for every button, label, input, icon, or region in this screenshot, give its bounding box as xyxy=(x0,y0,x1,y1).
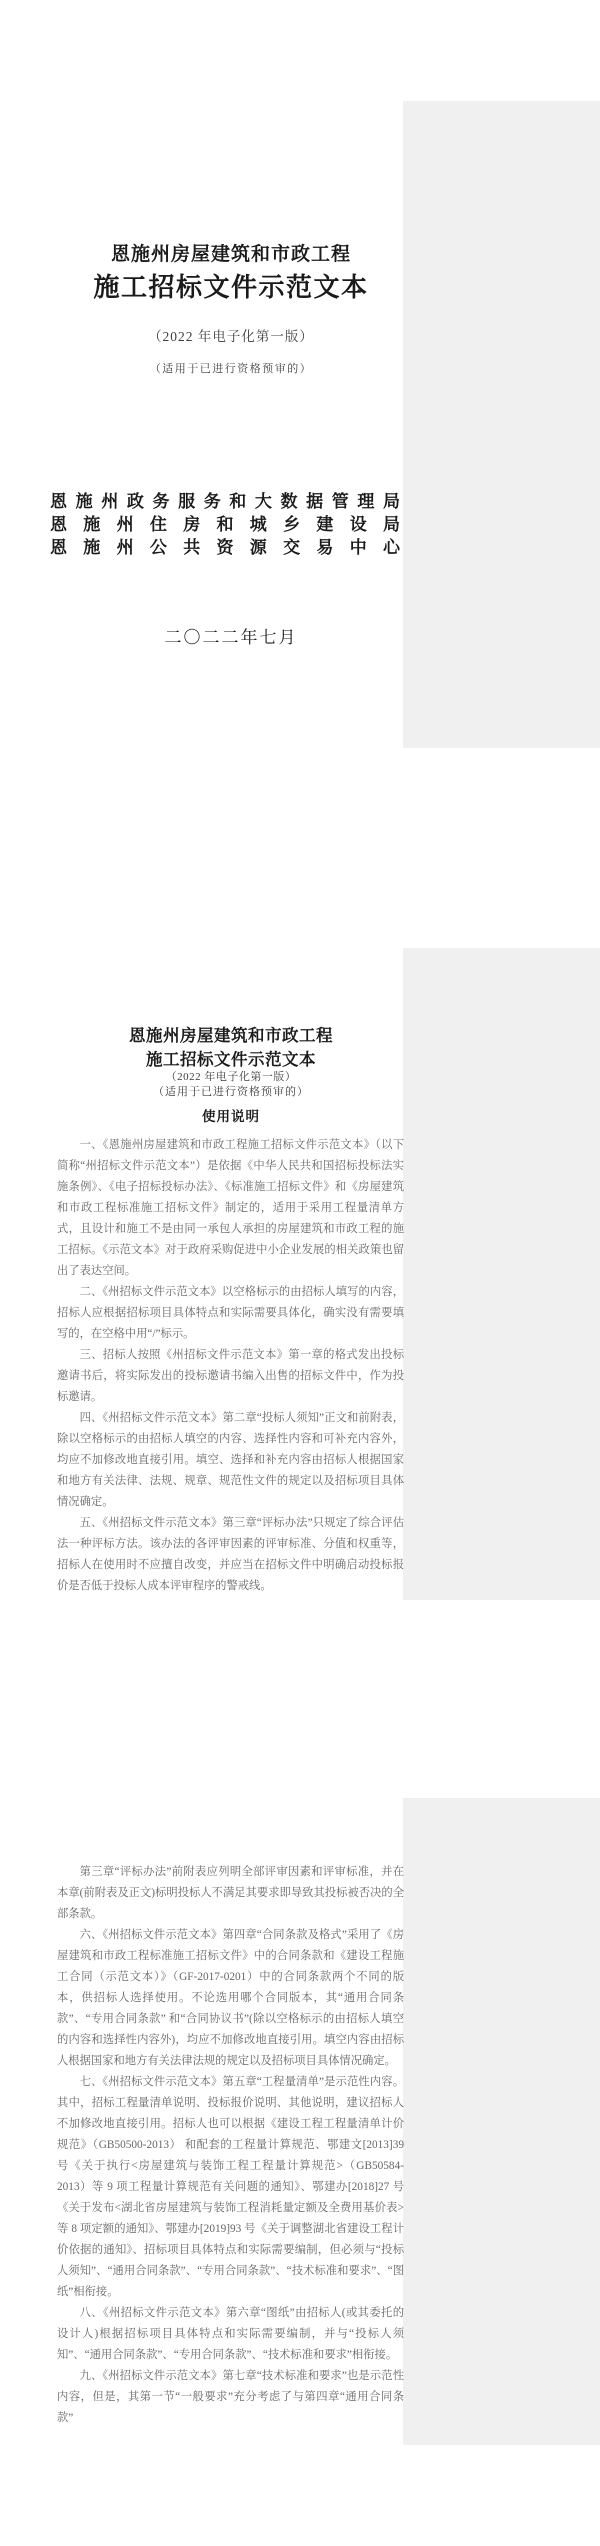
blank-placeholder-region-3 xyxy=(403,1798,600,2445)
paragraph-7: 六、《州招标文件示范文本》第四章“合同条款及格式”采用了《房屋建筑和市政工程标准… xyxy=(57,1925,404,2072)
page2-title-line2: 施工招标文件示范文本 xyxy=(0,1050,462,1071)
page2-edition-subtitle: （2022 年电子化第一版） xyxy=(0,1070,462,1085)
cover-applicability-note: （适用于已进行资格预审的） xyxy=(0,361,462,377)
issuing-authorities: 恩施州政务服务和大数据管理局 恩施州住房和城乡建设局 恩施州公共资源交易中心 xyxy=(50,490,400,559)
page2-title-line1: 恩施州房屋建筑和市政工程 xyxy=(0,1026,462,1047)
paragraph-4: 四、《州招标文件示范文本》第二章“投标人须知”正文和前附表，除以空格标示的由招标… xyxy=(57,1408,404,1513)
paragraph-6: 第三章“评标办法”前附表应列明全部评审因素和评审标准，并在本章(前附表及正文)标… xyxy=(57,1862,404,1925)
cover-title-line2: 施工招标文件示范文本 xyxy=(0,271,462,303)
issuer-line: 恩施州住房和城乡建设局 xyxy=(50,513,400,536)
paragraph-1: 一、《恩施州房屋建筑和市政工程施工招标文件示范文本》（以下简称“州招标文件示范文… xyxy=(57,1135,404,1282)
paragraph-2: 二、《州招标文件示范文本》以空格标示的由招标人填写的内容，招标人应根据招标项目具… xyxy=(57,1282,404,1345)
blank-placeholder-region-1 xyxy=(403,101,600,748)
issuer-line: 恩施州公共资源交易中心 xyxy=(50,536,400,559)
usage-instructions-heading: 使用说明 xyxy=(0,1108,462,1126)
paragraph-3: 三、招标人按照《州招标文件示范文本》第一章的格式发出投标邀请书后，将实际发出的投… xyxy=(57,1345,404,1408)
paragraph-9: 八、《州招标文件示范文本》第六章“图纸”由招标人(或其委托的设计人)根据招标项目… xyxy=(57,2303,404,2366)
usage-instructions-body-page2: 一、《恩施州房屋建筑和市政工程施工招标文件示范文本》（以下简称“州招标文件示范文… xyxy=(57,1135,404,1597)
cover-title-line1: 恩施州房屋建筑和市政工程 xyxy=(0,243,462,267)
document-page: 恩施州房屋建筑和市政工程 施工招标文件示范文本 （2022 年电子化第一版） （… xyxy=(0,0,600,2546)
paragraph-10: 九、《州招标文件示范文本》第七章“技术标准和要求”也是示范性内容，但是，其第一节… xyxy=(57,2366,404,2429)
cover-edition-subtitle: （2022 年电子化第一版） xyxy=(0,328,462,346)
paragraph-8: 七、《州招标文件示范文本》第五章“工程量清单”是示范性内容。其中，招标工程量清单… xyxy=(57,2072,404,2303)
page2-applicability-note: （适用于已进行资格预审的） xyxy=(0,1085,462,1100)
cover-publication-date: 二〇二二年七月 xyxy=(0,627,462,649)
issuer-line: 恩施州政务服务和大数据管理局 xyxy=(50,490,400,513)
paragraph-5: 五、《州招标文件示范文本》第三章“评标办法”只规定了综合评估法一种评标方法。该办… xyxy=(57,1513,404,1597)
usage-instructions-body-page3: 第三章“评标办法”前附表应列明全部评审因素和评审标准，并在本章(前附表及正文)标… xyxy=(57,1862,404,2429)
